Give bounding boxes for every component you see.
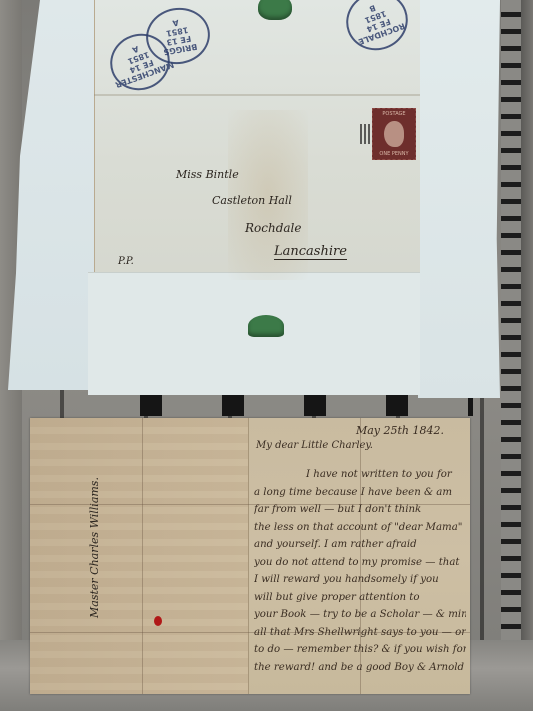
bench-slats-right <box>501 0 523 650</box>
letter-line: you do not attend to my promise — that <box>254 554 466 572</box>
letter-line: and yourself. I am rather afraid <box>254 536 466 554</box>
envelope: MANCHESTER FE 14 1851 A BRIGGS FE 13 185… <box>8 0 500 398</box>
letter-line: I will reward you handsomely if you <box>254 571 466 589</box>
address-recipient: Miss Bintle <box>176 168 239 181</box>
stamp-bottom-text: ONE PENNY <box>379 151 408 157</box>
letter-line: your Book — try to be a Scholar — & mind <box>254 606 466 624</box>
red-wax-seal <box>154 616 162 626</box>
letter-line: I have not written to you for <box>254 466 466 484</box>
letter-page: May 25th 1842. My dear Little Charley. I… <box>250 418 470 694</box>
wax-seal-bottom <box>248 315 284 337</box>
letter-line: will but give proper attention to <box>254 589 466 607</box>
penny-red-stamp: POSTAGE ONE PENNY <box>372 108 416 160</box>
letter-line: all that Mrs Shellwright says to you — o… <box>254 624 466 642</box>
address-house: Castleton Hall <box>212 194 292 207</box>
postmark-text: A <box>172 18 180 28</box>
address-county: Lancashire <box>274 244 347 260</box>
letter-line: the less on that account of "dear Mama" <box>254 519 466 537</box>
letter-date: May 25th 1842. <box>356 424 444 437</box>
address-note: P.P. <box>118 256 134 267</box>
letter-body: I have not written to you for a long tim… <box>254 466 466 676</box>
letter-line: to do — remember this? & if you wish for <box>254 641 466 659</box>
letter-outside-address: Master Charles Williams. <box>88 477 101 618</box>
letter-outer-panel: Master Charles Williams. <box>30 418 249 694</box>
queen-portrait-icon <box>384 121 404 147</box>
stamp-top-text: POSTAGE <box>382 111 405 117</box>
address-town: Rochdale <box>245 221 301 235</box>
letter-fold-line <box>142 418 143 694</box>
bench-post-right <box>521 0 533 711</box>
handwritten-letter: Master Charles Williams. May 25th 1842. … <box>30 418 470 694</box>
letter-greeting: My dear Little Charley. <box>256 440 373 451</box>
envelope-fold-line <box>94 94 420 96</box>
envelope-flap-right <box>418 0 500 398</box>
letter-line: a long time because I have been & am <box>254 484 466 502</box>
wax-seal-top <box>258 0 292 20</box>
letter-line: far from well — but I don't think <box>254 501 466 519</box>
letter-line: the reward! and be a good Boy & Arnold <box>254 659 466 677</box>
